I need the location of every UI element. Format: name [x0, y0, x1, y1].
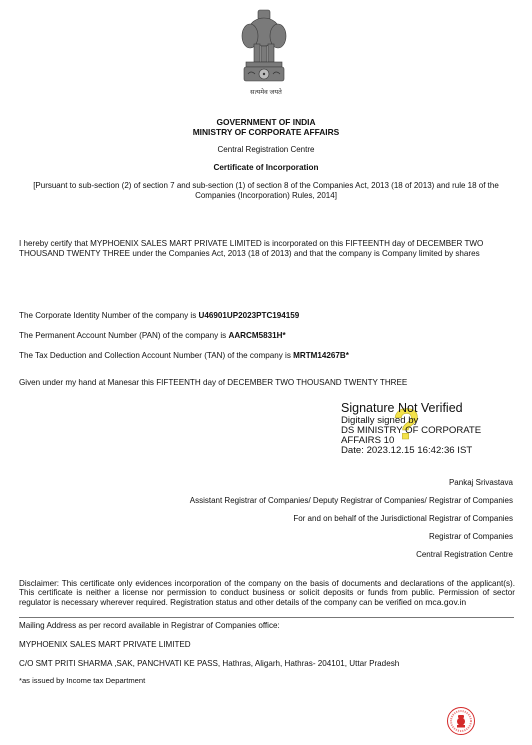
- mailing-address-header: Mailing Address as per record available …: [19, 621, 280, 630]
- cin-label: The Corporate Identity Number of the com…: [19, 311, 199, 320]
- cin-value: U46901UP2023PTC194159: [199, 311, 300, 320]
- cin-line: The Corporate Identity Number of the com…: [19, 311, 299, 320]
- divider: [19, 617, 514, 618]
- pan-label: The Permanent Account Number (PAN) of th…: [19, 331, 228, 340]
- digital-signature-block[interactable]: ? Signature Not Verified Digitally signe…: [341, 401, 521, 456]
- registration-centre: Central Registration Centre: [416, 550, 513, 559]
- registrar-office: Registrar of Companies: [429, 532, 513, 541]
- certification-statement: I hereby certify that MYPHOENIX SALES MA…: [19, 239, 519, 258]
- ministry-heading: MINISTRY OF CORPORATE AFFAIRS: [0, 128, 532, 137]
- mca-link[interactable]: mca.gov.in: [425, 597, 466, 607]
- office-name: Central Registration Centre: [0, 145, 532, 154]
- tan-line: The Tax Deduction and Collection Account…: [19, 351, 349, 360]
- motto-text: सत्यमेव जयते: [0, 87, 532, 96]
- disclaimer: Disclaimer: This certificate only eviden…: [19, 579, 515, 607]
- mailing-company-name: MYPHOENIX SALES MART PRIVATE LIMITED: [19, 640, 191, 649]
- state-emblem-icon: [236, 6, 292, 90]
- government-heading: GOVERNMENT OF INDIA: [0, 118, 532, 127]
- certificate-title: Certificate of Incorporation: [0, 163, 532, 172]
- tan-label: The Tax Deduction and Collection Account…: [19, 351, 293, 360]
- signature-status: Signature Not Verified: [341, 401, 521, 416]
- mca-seal-icon: [446, 706, 476, 736]
- signature-date: Date: 2023.12.15 16:42:36 IST: [341, 446, 521, 456]
- registrar-designation: Assistant Registrar of Companies/ Deputy…: [190, 496, 513, 505]
- pan-tan-footnote: *as issued by Income tax Department: [19, 676, 145, 685]
- mailing-address: C/O SMT PRITI SHARMA ,SAK, PANCHVATI KE …: [19, 659, 399, 668]
- registrar-behalf: For and on behalf of the Jurisdictional …: [293, 514, 513, 523]
- registrar-name: Pankaj Srivastava: [449, 478, 513, 487]
- tan-value: MRTM14267B*: [293, 351, 349, 360]
- pan-value: AARCM5831H*: [228, 331, 285, 340]
- pan-line: The Permanent Account Number (PAN) of th…: [19, 331, 286, 340]
- given-under-hand: Given under my hand at Manesar this FIFT…: [19, 378, 407, 387]
- pursuant-clause: [Pursuant to sub-section (2) of section …: [18, 181, 514, 200]
